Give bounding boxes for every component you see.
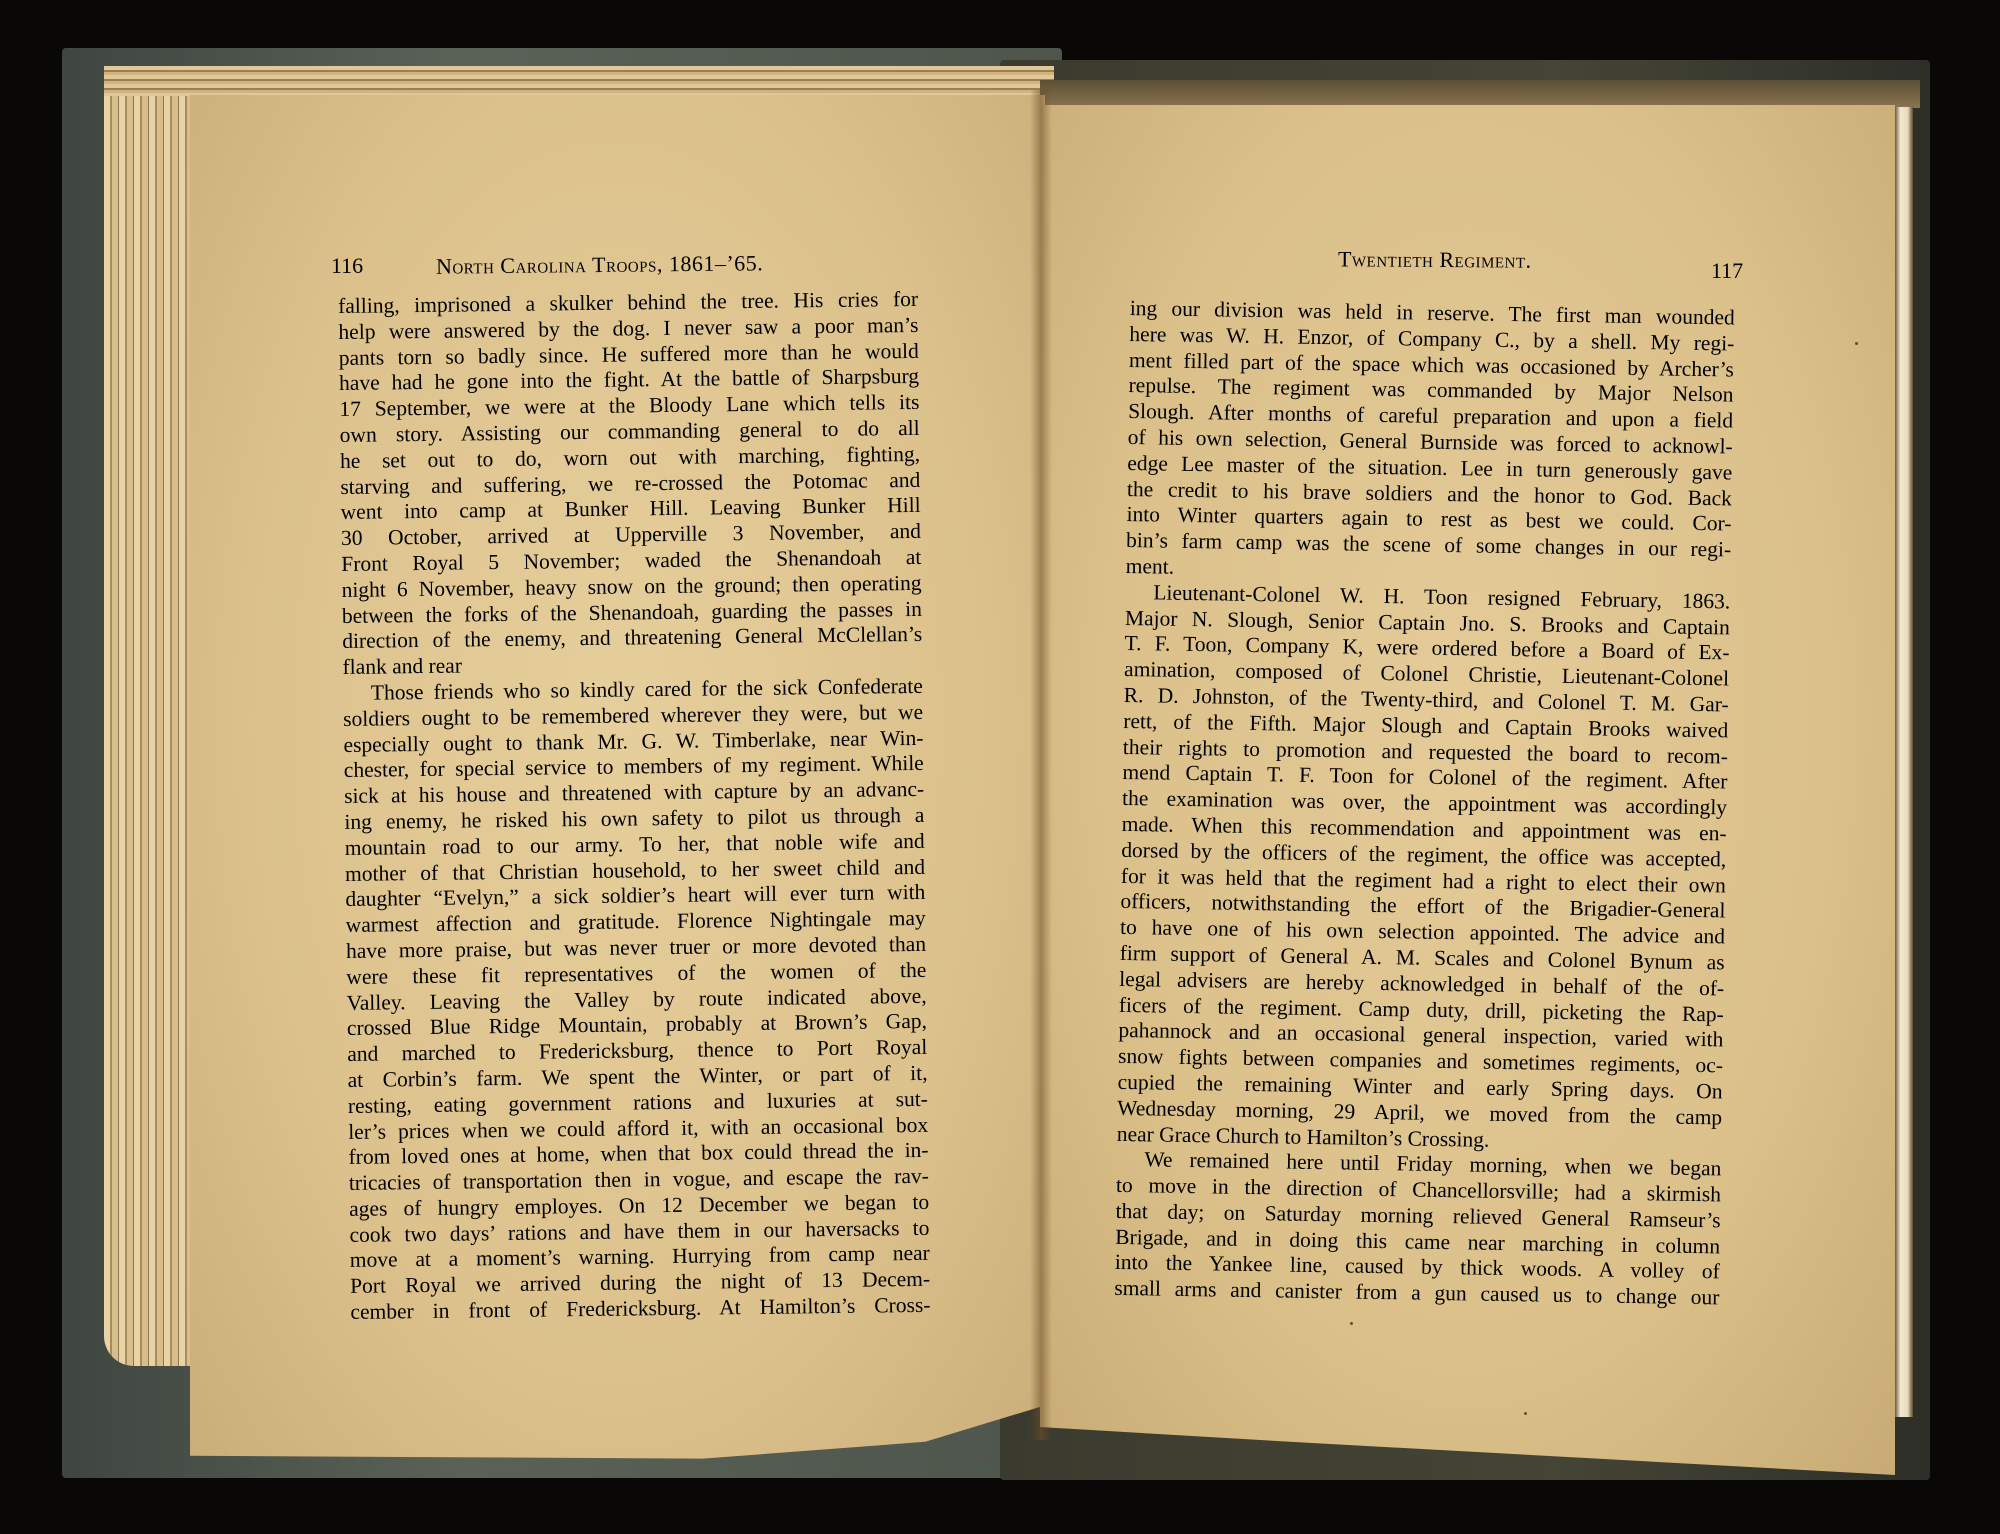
- paper-fleck: [1350, 1322, 1353, 1325]
- page-number-right: 117: [1711, 258, 1743, 284]
- left-page-body-text: falling, imprisoned a skulker behind the…: [338, 287, 931, 1326]
- page-edges-top: [104, 66, 1054, 96]
- page-edges-right: [1895, 107, 1913, 1417]
- paper-fleck: [982, 1457, 985, 1460]
- page-edges-left: [104, 66, 204, 1366]
- paper-fleck: [1524, 1412, 1527, 1415]
- running-head-left: North Carolina Troops, 1861–’65.: [436, 250, 763, 279]
- page-edges-right-top: [1040, 80, 1920, 108]
- paper-fleck: [1855, 342, 1858, 345]
- running-head-right: Twentieth Regiment.: [1338, 246, 1532, 273]
- right-page-body-text: ing our division was held in reserve. Th…: [1114, 296, 1735, 1311]
- book-gutter: [1030, 90, 1052, 1440]
- page-number-left: 116: [331, 253, 363, 279]
